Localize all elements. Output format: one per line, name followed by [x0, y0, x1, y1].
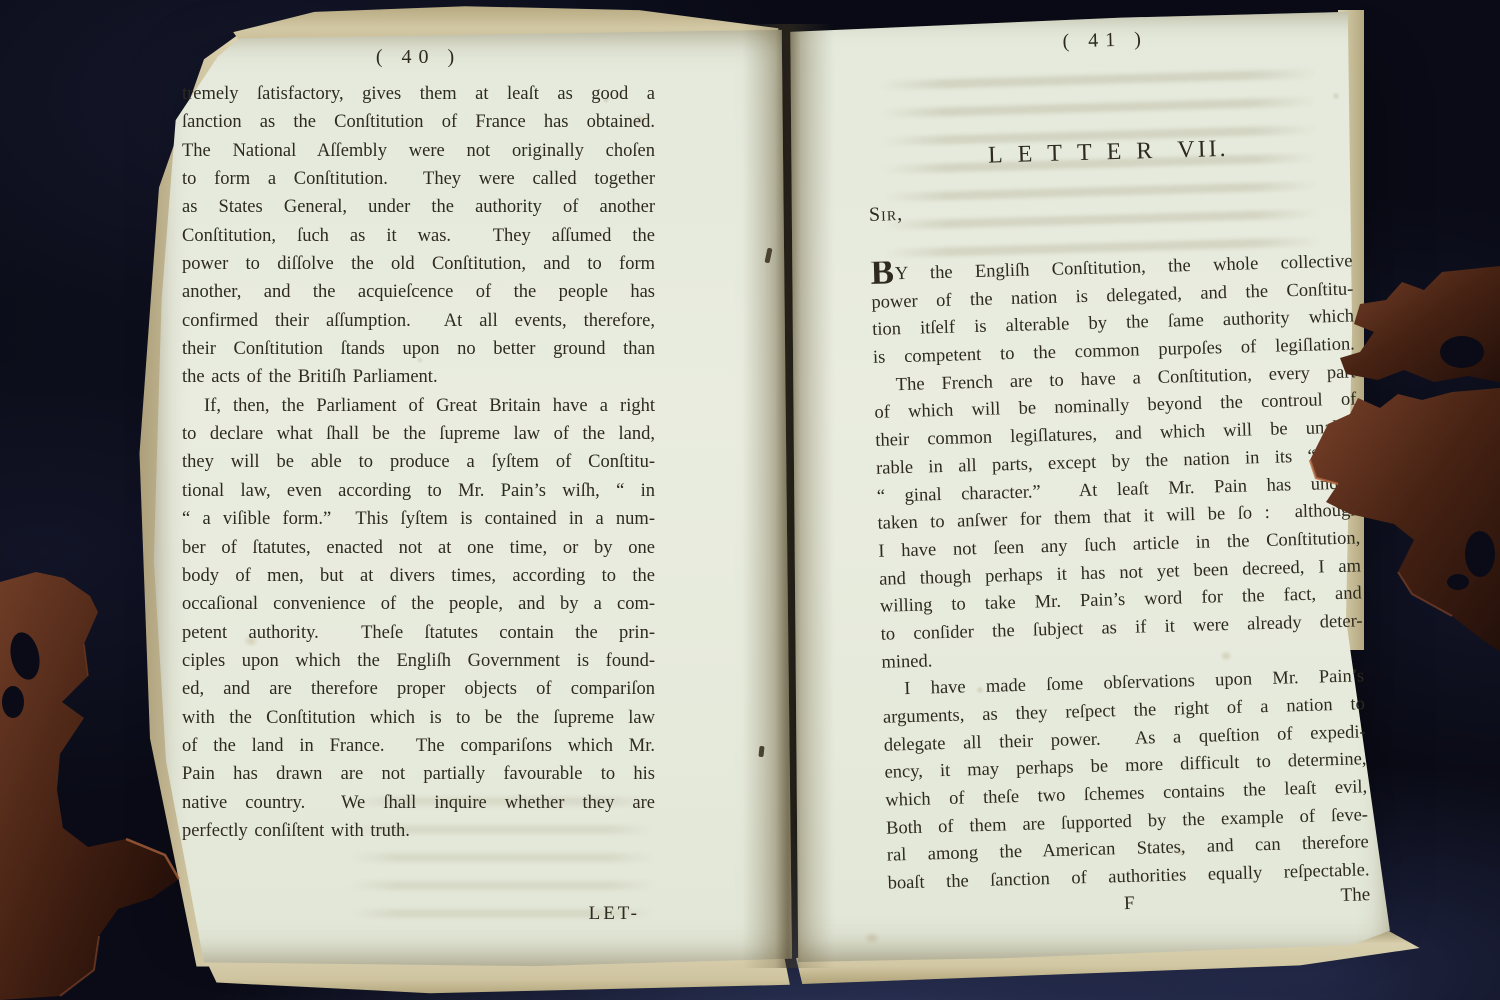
text-line: ſanction as the Conſtitution of France h… [182, 108, 655, 136]
right-page-lines: power of the nation is delegated, and th… [871, 276, 1370, 898]
letter-heading-numeral: VII. [1177, 136, 1229, 163]
text-line: their Conſtitution ſtands upon no better… [182, 335, 655, 363]
left-page-body: tremely ſatisfactory, gives them at leaſ… [182, 80, 655, 845]
text-line: “ a viſible form.” This ſyſtem is contai… [182, 505, 655, 533]
text-line: body of men, but at divers times, accord… [182, 562, 655, 590]
clasp-hole [1465, 531, 1495, 577]
salutation: Sir, [869, 190, 1352, 229]
letter-heading: LETTERVII. [867, 132, 1350, 179]
left-page-number: ( 40 ) [182, 46, 655, 78]
text-line: Pain has drawn are not partially favoura… [182, 760, 655, 788]
text-line: ber of ſtatutes, enacted not at one time… [182, 534, 655, 562]
right-page-body: BY the Engliſh Conſtitution, the whole c… [870, 248, 1370, 927]
text-line: ciples upon which the Engliſh Government… [182, 647, 655, 675]
text-line: another, and the acquieſcence of the peo… [182, 278, 655, 306]
text-line: the acts of the Britiſh Parliament. [182, 363, 655, 391]
text-line: If, then, the Parliament of Great Britai… [182, 392, 655, 420]
text-line: tremely ſatisfactory, gives them at leaſ… [182, 80, 655, 108]
clasp-hole [1440, 336, 1484, 368]
text-line: with the Conſtitution which is to be the… [182, 704, 655, 732]
text-line: The National Aſſembly were not originall… [182, 137, 655, 165]
text-line: they will be able to produce a ſyſtem of… [182, 448, 655, 476]
text-line: occaſional convenience of the people, an… [182, 590, 655, 618]
text-line: ed, and are therefore proper objects of … [182, 675, 655, 703]
clasp-body [1340, 266, 1500, 382]
left-catchword: LET- [182, 903, 640, 925]
right-page-text: ( 41 ) LETTERVII. Sir, BY the Engliſh Co… [864, 23, 1371, 928]
open-book-photo: ( 40 ) tremely ſatisfactory, gives them … [0, 0, 1500, 1000]
text-line: as States General, under the authority o… [182, 193, 655, 221]
text-line: to form a Conſtitution. They were called… [182, 165, 655, 193]
clasp-hole [2, 686, 24, 718]
text-line: confirmed their aſſumption. At all event… [182, 307, 655, 335]
text-line: petent authority. Theſe ſtatutes contain… [182, 619, 655, 647]
text-line: to declare what ſhall be the ſupreme law… [182, 420, 655, 448]
text-line: Conſtitution, ſuch as it was. They aſſum… [182, 222, 655, 250]
text-line: perfectly conſiſtent with truth. [182, 817, 655, 845]
text-line: of the land in France. The compariſons w… [182, 732, 655, 760]
text-line: power to diſſolve the old Conſtitution, … [182, 250, 655, 278]
clasp-hole [1447, 574, 1469, 590]
metal-clasp-right [1300, 262, 1500, 670]
drop-cap-initial: B [870, 252, 895, 289]
right-catchword: The [1340, 884, 1370, 907]
left-page-text: ( 40 ) tremely ſatisfactory, gives them … [182, 46, 655, 845]
clasp-body [1310, 388, 1500, 652]
metal-clasp-left [0, 552, 200, 1000]
text-line: native country. We ſhall inquire whether… [182, 789, 655, 817]
letter-heading-word: LETTER [988, 138, 1168, 169]
text-line: tional law, even according to Mr. Pain’s… [182, 477, 655, 505]
